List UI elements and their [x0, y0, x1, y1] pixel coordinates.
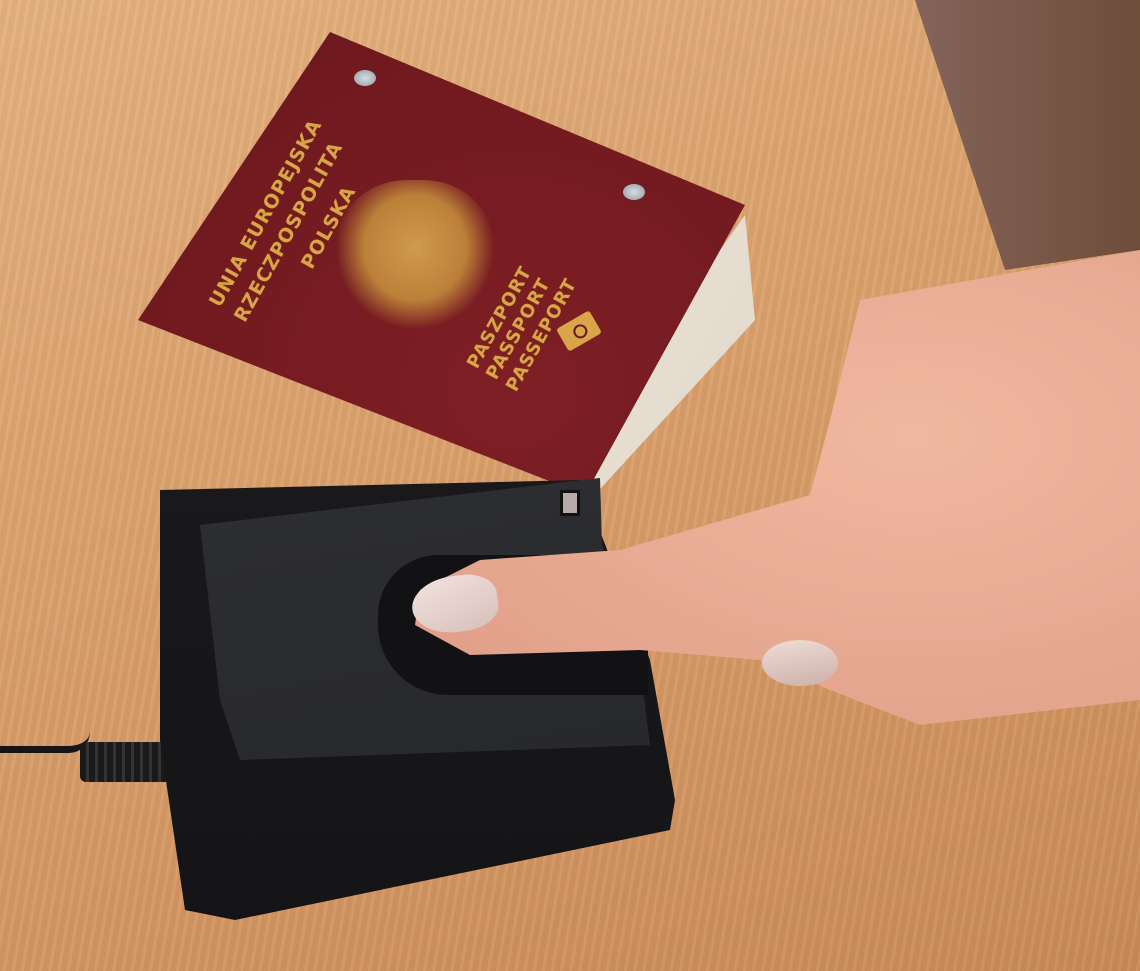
- passport-hole: [623, 184, 645, 200]
- passport-hole: [354, 70, 376, 86]
- eagle-emblem-icon: [335, 180, 495, 330]
- status-led-icon: [560, 490, 580, 516]
- thumbnail: [762, 640, 838, 686]
- photo-scene: UNIA EUROPEJSKA RZECZPOSPOLITA POLSKA PA…: [0, 0, 1140, 971]
